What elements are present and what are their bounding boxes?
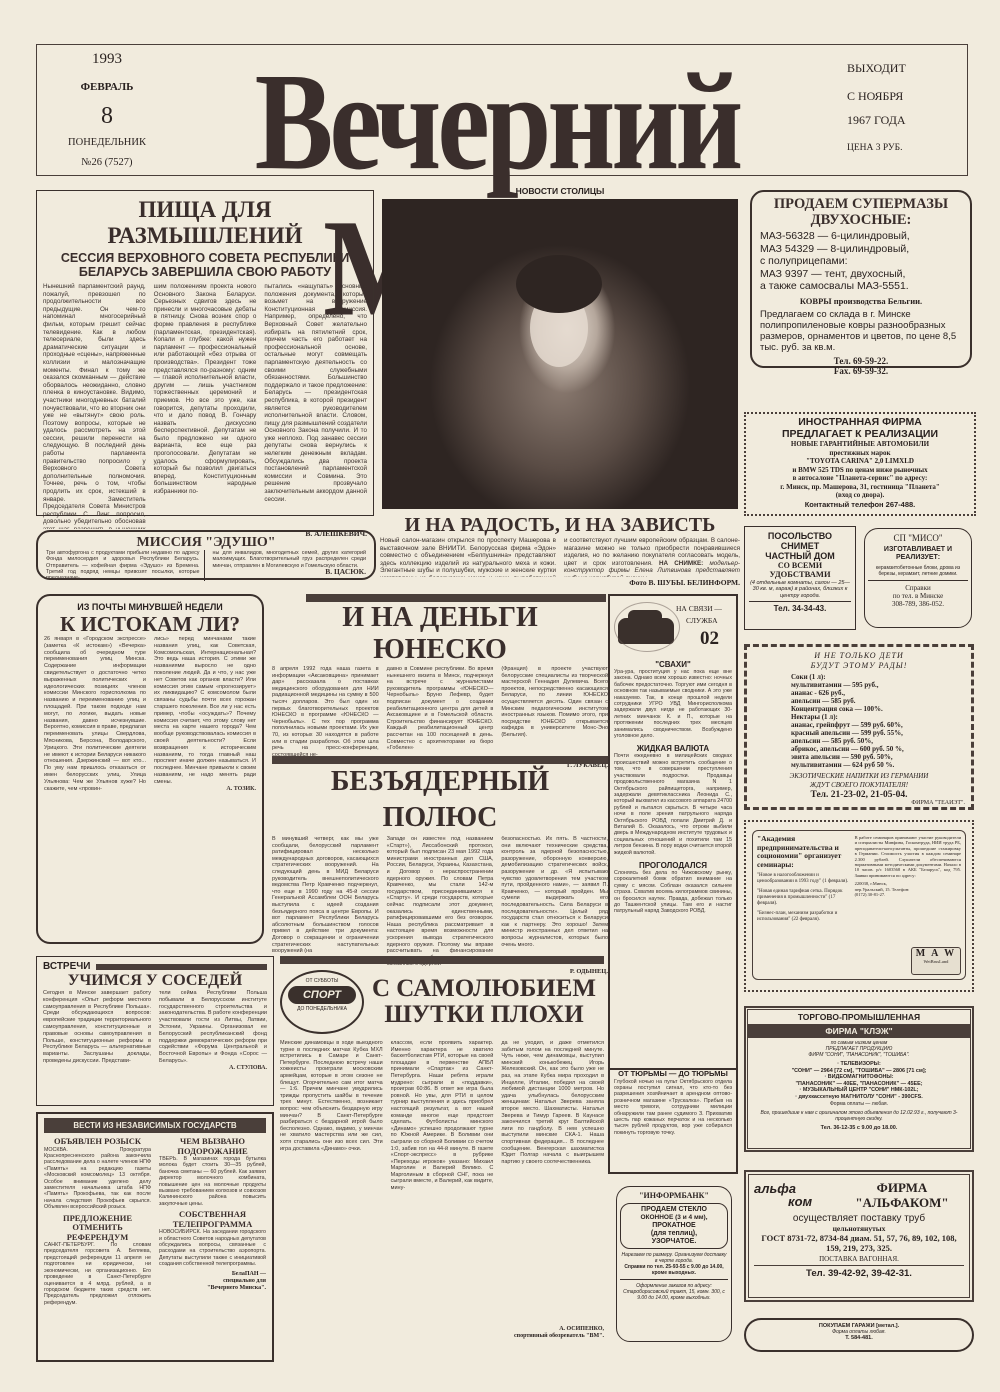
ad-address: Оформление заказов по адресу: Староборис… [620, 1283, 728, 1301]
ad-title: "Академия предпринимательства и соционом… [757, 835, 850, 869]
ad-line: осуществляет поставку труб [754, 1213, 964, 1224]
product-line: · ТЕЛЕВИЗОРЫ: [750, 1061, 968, 1068]
price-line: мультивитамин — 595 руб., [791, 681, 965, 689]
ad-line: ГОСТ 8731-72, 8734-84 диам. 51, 57, 76, … [754, 1233, 964, 1253]
since-line: С НОЯБРЯ [847, 89, 903, 104]
price-line: ананас, грейпфрут — 599 руб. 60%, [791, 721, 965, 729]
maw-logo: M A W WeiBrusLand [911, 947, 961, 975]
ad-foreign-cars: ИНОСТРАННАЯ ФИРМА ПРЕДЛАГАЕТ К РЕАЛИЗАЦИ… [744, 412, 976, 516]
price-line: Нектары (1 л): [791, 713, 965, 721]
photo-fur-coat-model [382, 199, 738, 509]
ad-title: "АЛЬФАКОМ" [840, 1195, 964, 1210]
price-line: Соки (1 л): [791, 673, 965, 681]
fax-number: Fax. 69-59-32. [760, 366, 962, 376]
article-headline: УЧИМСЯ У СОСЕДЕЙ [43, 972, 267, 990]
ad-title: ФИРМА [840, 1180, 964, 1195]
price-line: мультивитамин — 624 руб 50 %. [791, 761, 965, 769]
article-headline: ПИЩА ДЛЯ РАЗМЫШЛЕНИЙ [43, 197, 367, 249]
alfakom-logo: альфа ком [754, 1182, 840, 1208]
news-credit: "Вечернего Минска". [159, 1285, 266, 1292]
ad-line: НОВЫЕ ГАРАНТИЙНЫЕ АВТОМОБИЛИ [748, 440, 972, 449]
police-car-badge: НА СВЯЗИ — СЛУЖБА 02 [614, 600, 732, 658]
phone-number: Тел. 21-23-02, 21-05-04. [753, 790, 965, 800]
badge-text: НА СВЯЗИ — [676, 604, 722, 613]
ad-maz-trucks: ПРОДАЕМ СУПЕРМАЗЫ ДВУХОСНЫЕ: МАЗ-56328 —… [750, 190, 972, 368]
section-bar [306, 594, 606, 602]
ad-line: Форма оплаты — любая. [750, 1101, 968, 1107]
ad-klezh: ТОРГОВО-ПРОМЫШЛЕННАЯ ФИРМА "КЛЭЖ" по сам… [744, 1006, 974, 1152]
news-title: ОТ ТЮРЬМЫ — ДО ТЮРЬМЫ [614, 1070, 732, 1079]
badge-text: СЛУЖБА [686, 616, 718, 625]
capital-news: НОВОСТИ СТОЛИЦЫ И НА РАДОСТЬ, И НА ЗАВИС… [380, 186, 740, 578]
phone-number: Т. 584-481. [749, 1335, 969, 1341]
masthead: 1993 ФЕВРАЛЬ 8 ПОНЕДЕЛЬНИК №26 (7527) Ве… [36, 44, 968, 176]
article-headline: ШУТКИ ПЛОХИ [364, 1002, 604, 1028]
news-title: "СВАХИ" [614, 660, 732, 669]
ad-juice-teaiet: И НЕ ТОЛЬКО ДЕТИ БУДУТ ЭТОМУ РАДЫ! Соки … [744, 644, 974, 810]
section-label: НОВОСТИ СТОЛИЦЫ [380, 186, 740, 196]
ad-slogan: И НЕ ТОЛЬКО ДЕТИ [753, 651, 965, 661]
ad-line: УЗОРЧАТОЕ. [621, 1238, 727, 1246]
price-line: апельсин — 585 руб. 50%, [791, 737, 965, 745]
seminar-item: "Новое в налогообложении и ценообразован… [757, 873, 850, 885]
phone-number: Тел. 34-34-43. [749, 604, 851, 613]
ad-title: ПРЕДЛАГАЕТ К РЕАЛИЗАЦИИ [748, 429, 972, 441]
ad-line: (для теплиц), [621, 1230, 727, 1238]
ad-line: ПРОДАЕМ СТЕКЛО [621, 1206, 727, 1214]
news-text: МОСКВА. Прокуратура Краснопресненского р… [44, 1147, 151, 1211]
article-column: классом, если проявить характер. Именно … [391, 1040, 494, 1326]
ad-embassy-house: ПОСОЛЬСТВО СНИМЕТ ЧАСТНЫЙ ДОМ СО ВСЕМИ У… [744, 526, 856, 630]
product-line: · двухкассетную МАГНИТОЛУ "СОНИ" - 390CF… [750, 1094, 968, 1101]
ad-title: "ИНФОРМБАНК" [620, 1191, 728, 1200]
seminar-item: "Бизнес-план, механизм разработки и испо… [757, 911, 850, 923]
ad-title: ПРОДАЕМ СУПЕРМАЗЫ ДВУХОСНЫЕ: [760, 196, 962, 228]
badge-number: 02 [700, 628, 719, 650]
article-author: А. СТУЛОВА. [159, 1065, 267, 1072]
ad-line: и BMW 525 TDS по ценам ниже рыночных [748, 466, 972, 475]
neighbors-article: ВСТРЕЧИ УЧИМСЯ У СОСЕДЕЙ Сегодня в Минск… [36, 956, 274, 1106]
police-02-column-continued: ОТ ТЮРЬМЫ — ДО ТЮРЬМЫ Глубокой ночью на … [608, 1070, 738, 1174]
ad-title: ТОРГОВО-ПРОМЫШЛЕННАЯ [750, 1012, 968, 1022]
price-line: эвита апельсин — 590 руб. 50%, [791, 753, 965, 761]
news-text: Глубокой ночью на пульт Октябрьского отд… [614, 1079, 732, 1137]
price-line: апельсин — 585 руб. [791, 697, 965, 705]
product-line: · МУЗЫКАЛЬНЫЙ ЦЕНТР "СОНИ" НМК-102L; [750, 1087, 968, 1094]
ad-title: ЧАСТНЫЙ ДОМ [749, 551, 851, 561]
news-text: Почти ежедневно в милицейских сводках пр… [614, 753, 732, 856]
article-headline: И НА ДЕНЬГИ ЮНЕСКО [272, 602, 608, 666]
section-bar [96, 964, 267, 970]
price-line: абрикос, апельсин — 600 руб. 50 %, [791, 745, 965, 753]
price-line: красный апельсин — 599 руб. 55%, [791, 729, 965, 737]
ad-text: Все, пришедшие к нам с оригиналом этого … [750, 1110, 968, 1122]
article-headline: К ИСТОКАМ ЛИ? [44, 612, 256, 636]
news-credit: специально для [159, 1278, 266, 1285]
ad-line: ПОСТАВКА ВАГОННАЯ. [754, 1253, 964, 1266]
article-author: А. ОСИПЕНКО, [280, 1326, 604, 1333]
phone-number: Контактный телефон 267-488. [748, 500, 972, 509]
ad-garages: ПОКУПАЕМ ГАРАЖИ [метал.]. Форма оплаты л… [744, 1318, 974, 1352]
ad-text: В работе семинаров принимают участие рук… [855, 835, 961, 878]
article-column: Три автофургона с продуктами прибыли нед… [46, 550, 205, 581]
article-author: А. ТОЗИК. [154, 786, 256, 793]
ad-text: керамзитобетонные блоки, дрова из березы… [868, 565, 968, 581]
police-02-column: НА СВЯЗИ — СЛУЖБА 02 "СВАХИ" Ура-ура, пр… [608, 594, 738, 1070]
article-column: давно в Совмине республики. Во время нын… [387, 666, 494, 762]
news-text: САНКТ-ПЕТЕРБУРГ. По словам председателя … [44, 1242, 151, 1306]
article-column: Минские динамовцы в ходе выездного турне… [280, 1040, 383, 1326]
news-title: ПРЕДЛОЖЕНИЕ ОТМЕНИТЬ РЕФЕРЕНДУМ [44, 1214, 151, 1243]
article-column: шим положениям проекта нового Основного … [154, 283, 257, 529]
article-headline: МИССИЯ "ЭДУШО" [46, 535, 366, 550]
ad-alfakom: альфа ком ФИРМА "АЛЬФАКОМ" осуществляет … [744, 1170, 974, 1302]
ad-title: УДОБСТВАМИ [749, 570, 851, 580]
logo-text: СПОРТ [288, 986, 356, 1004]
photo-credit: Фото В. ШУБЫ. БЕЛИНФОРМ. [380, 578, 740, 587]
logo-text: ДО ПОНЕДЕЛЬНИКА [282, 1006, 362, 1012]
ad-line: (вход со двора). [748, 491, 972, 500]
phone-number: 308-789, 386-052. [868, 600, 968, 608]
news-title: ОБЪЯВЛЕН РОЗЫСК [44, 1137, 151, 1147]
news-text: Слоняясь без дела по Чижовскому рынку, с… [614, 870, 732, 915]
ad-address: 220038, г.Минск, пер.Уральский, 15. Теле… [855, 881, 913, 897]
article-headline: И НА РАДОСТЬ, И НА ЗАВИСТЬ [380, 513, 740, 537]
price-line: Концентрация сока — 100%. [791, 705, 965, 713]
ad-line: в автосалоне "Планета-сервис" по адресу: [748, 474, 972, 483]
article-author: спортивный обозреватель "ВМ". [280, 1333, 604, 1340]
article-column: пытались «нащупать» основные положения д… [264, 283, 367, 529]
ad-line: ФИРМ "СОНИ", "ПАНАСОНИК", "ТОШИБА". [750, 1052, 968, 1058]
article-column: Новый салон-магазин открылся по проспект… [380, 537, 556, 577]
logo-text: M A W [912, 948, 960, 959]
article-column: Западе он известен под названием «Старт»… [387, 836, 494, 968]
mail-of-week: ИЗ ПОЧТЫ МИНУВШЕЙ НЕДЕЛИ К ИСТОКАМ ЛИ? 2… [36, 594, 264, 944]
ad-line: МАЗ 54329 — 8-цилиндровый, [760, 243, 962, 256]
news-text: ТВЕРЬ. В магазинах города бутылка молока… [159, 1156, 266, 1207]
nuclear-free-article: БЕЗЪЯДЕРНЫЙ ПОЛЮС В минувший четверг, ка… [272, 756, 608, 946]
section-bar [272, 756, 608, 764]
article-kicker: ИЗ ПОЧТЫ МИНУВШЕЙ НЕДЕЛИ [44, 602, 256, 612]
product-line: "СОНИ" — 2964 [72 см], "ТОШИБА" — 2806 [… [750, 1068, 968, 1075]
article-column: тели сейма Республики Польша побывали в … [159, 990, 267, 1065]
phone-number: Справки по тел. 25-93-55 с 9.00 до 14.00… [620, 1264, 728, 1280]
ad-line: цельнотянутых [754, 1224, 964, 1233]
newspaper-title: Вечерний Минск [152, 49, 842, 195]
ad-subtitle: ИЗГОТАВЛИВАЕТ И РЕАЛИЗУЕТ: [868, 546, 968, 562]
article-column: лись» перед минчанами такие названия ули… [154, 636, 256, 786]
since-line: 1967 ГОДА [847, 113, 906, 128]
firm-name: ФИРМА "ТЕАИЭТ". [753, 800, 965, 806]
logo-text: WeiBrusLand [912, 959, 960, 964]
article-column: 8 апреля 1992 года наша газета в информа… [272, 666, 379, 762]
lead-article: ПИЩА ДЛЯ РАЗМЫШЛЕНИЙ СЕССИЯ ВЕРХОВНОГО С… [36, 190, 374, 516]
article-headline: С САМОЛЮБИЕМ [364, 976, 604, 1002]
article-column: и соответствуют лучшим европейским образ… [564, 537, 740, 577]
news-title: СОБСТВЕННАЯ ТЕЛЕПРОГРАММА [159, 1210, 266, 1229]
mission-edusho: МИССИЯ "ЭДУШО" Три автофургона с продукт… [36, 530, 376, 580]
ad-line: ПРОКАТНОЕ [621, 1222, 727, 1230]
ad-text: (4 отдельные комнаты, салон — 25—30 кв. … [749, 580, 851, 603]
ad-title: ПОСОЛЬСТВО [749, 531, 851, 541]
price-line: ананас - 626 руб., [791, 689, 965, 697]
ad-text: Предлагаем со склада в г. Минске полипро… [760, 309, 962, 353]
phone-number: Тел. 69-59-22. [760, 356, 962, 366]
news-title: ПРОГОЛОДАЛСЯ [614, 861, 732, 870]
article-column: Нынешний парламентский раунд, пожалуй, п… [43, 283, 146, 529]
ad-infobank: "ИНФОРМБАНК" ПРОДАЕМ СТЕКЛО ОКОННОЕ (3 и… [616, 1186, 732, 1342]
ad-banner: ФИРМА "КЛЭЖ" [748, 1024, 970, 1038]
article-column: Сегодня в Минске завершает работу конфер… [43, 990, 151, 1096]
price-label: ЦЕНА 3 РУБ. [847, 143, 903, 153]
article-column: (Франция) в проекте участвуют белорусски… [501, 666, 608, 762]
sport-logo: ОТ СУББОТЫ СПОРТ ДО ПОНЕДЕЛЬНИКА [280, 970, 364, 1034]
article-headline: БЕЗЪЯДЕРНЫЙ ПОЛЮС [272, 764, 608, 836]
article-column: да не уходил, и даже отметился забитым г… [501, 1040, 604, 1165]
unesco-article: И НА ДЕНЬГИ ЮНЕСКО 8 апреля 1992 года на… [272, 594, 608, 750]
ad-line: престижных марок [748, 449, 972, 458]
logo-text: ком [754, 1195, 840, 1208]
ad-line: с полуприцепами: [760, 255, 962, 268]
ad-line: "TOYOTA CARINA" 2,0 LIMXLD [748, 457, 972, 466]
ad-academy-seminars: "Академия предпринимательства и соционом… [744, 820, 974, 992]
product-line: · ВИДЕОМАГНИТОФОНЫ: [750, 1074, 968, 1081]
caption-label: НА СНИМКЕ: [659, 560, 703, 567]
logo-text: ОТ СУББОТЫ [282, 978, 362, 984]
ad-subtitle: КОВРЫ производства Бельгии. [760, 296, 962, 306]
ad-line: МАЗ-56328 — 6-цилиндровый, [760, 230, 962, 243]
phone-number: Тел. 39-42-92, 39-42-31. [754, 1268, 964, 1279]
ad-slogan: ЭКЗОТИЧЕСКИЕ НАПИТКИ ИЗ ГЕРМАНИИ [753, 772, 965, 781]
masthead-info-block: ВЫХОДИТ С НОЯБРЯ 1967 ГОДА ЦЕНА 3 РУБ. [827, 45, 967, 175]
section-banner: ВЕСТИ ИЗ НЕЗАВИСИМЫХ ГОСУДАРСТВ [44, 1118, 266, 1133]
section-bar [280, 956, 604, 964]
ad-line: а также самосвалы МАЗ-5551. [760, 280, 962, 293]
sport-article: ОТ СУББОТЫ СПОРТ ДО ПОНЕДЕЛЬНИКА С САМОЛ… [280, 956, 604, 1356]
ad-text: Нарезаем по размеру. Организуем доставку… [620, 1252, 728, 1264]
ad-line: МАЗ 9397 — тент, двухосный, [760, 268, 962, 281]
article-column: В минувший четверг, как мы уже сообщали,… [272, 836, 379, 968]
ad-line: ОКОННОЕ (3 и 4 мм), [621, 1214, 727, 1222]
news-text: Ура-ура, проституция у нас пока еще вне … [614, 669, 732, 739]
news-title: ЧЕМ ВЫЗВАНО ПОДОРОЖАНИЕ [159, 1137, 266, 1156]
since-line: ВЫХОДИТ [847, 61, 906, 76]
ad-title: СП "МИСО" [868, 533, 968, 543]
ad-title: СНИМЕТ [749, 541, 851, 551]
article-column: безопасностью. Их пять. В частности, они… [501, 836, 608, 968]
ad-line: по тел. в Минске [868, 592, 968, 600]
ad-line: Справки [868, 584, 968, 592]
news-credit: БелаПАН — [159, 1271, 266, 1278]
article-kicker: ВСТРЕЧИ [43, 961, 90, 972]
ad-line: г. Минск, пр. Машерова, 31, гостиница "П… [748, 483, 972, 492]
independent-states-news: ВЕСТИ ИЗ НЕЗАВИСИМЫХ ГОСУДАРСТВ ОБЪЯВЛЕН… [36, 1112, 274, 1362]
ad-slogan: ЖДУТ СВОЕГО ПОКУПАТЕЛЯ! [753, 781, 965, 790]
article-subhead: СЕССИЯ ВЕРХОВНОГО СОВЕТА РЕСПУБЛИКИ БЕЛА… [43, 251, 367, 279]
article-column: 26 января в «Городском экспрессе» (замет… [44, 636, 146, 926]
seminar-item: "Новая единая тарифная сетка. Порядок пр… [757, 889, 850, 907]
ad-title: ИНОСТРАННАЯ ФИРМА [748, 417, 972, 429]
phone-number: Тел. 36-12-35 с 9.00 до 18.00. [750, 1125, 968, 1131]
ad-miso: СП "МИСО" ИЗГОТАВЛИВАЕТ И РЕАЛИЗУЕТ: кер… [864, 528, 972, 628]
news-text: НОВОСИБИРСК. На заседании городского и о… [159, 1229, 266, 1267]
ad-slogan: БУДУТ ЭТОМУ РАДЫ! [753, 661, 965, 671]
article-author: В. ЦАСЮК. [213, 569, 367, 575]
